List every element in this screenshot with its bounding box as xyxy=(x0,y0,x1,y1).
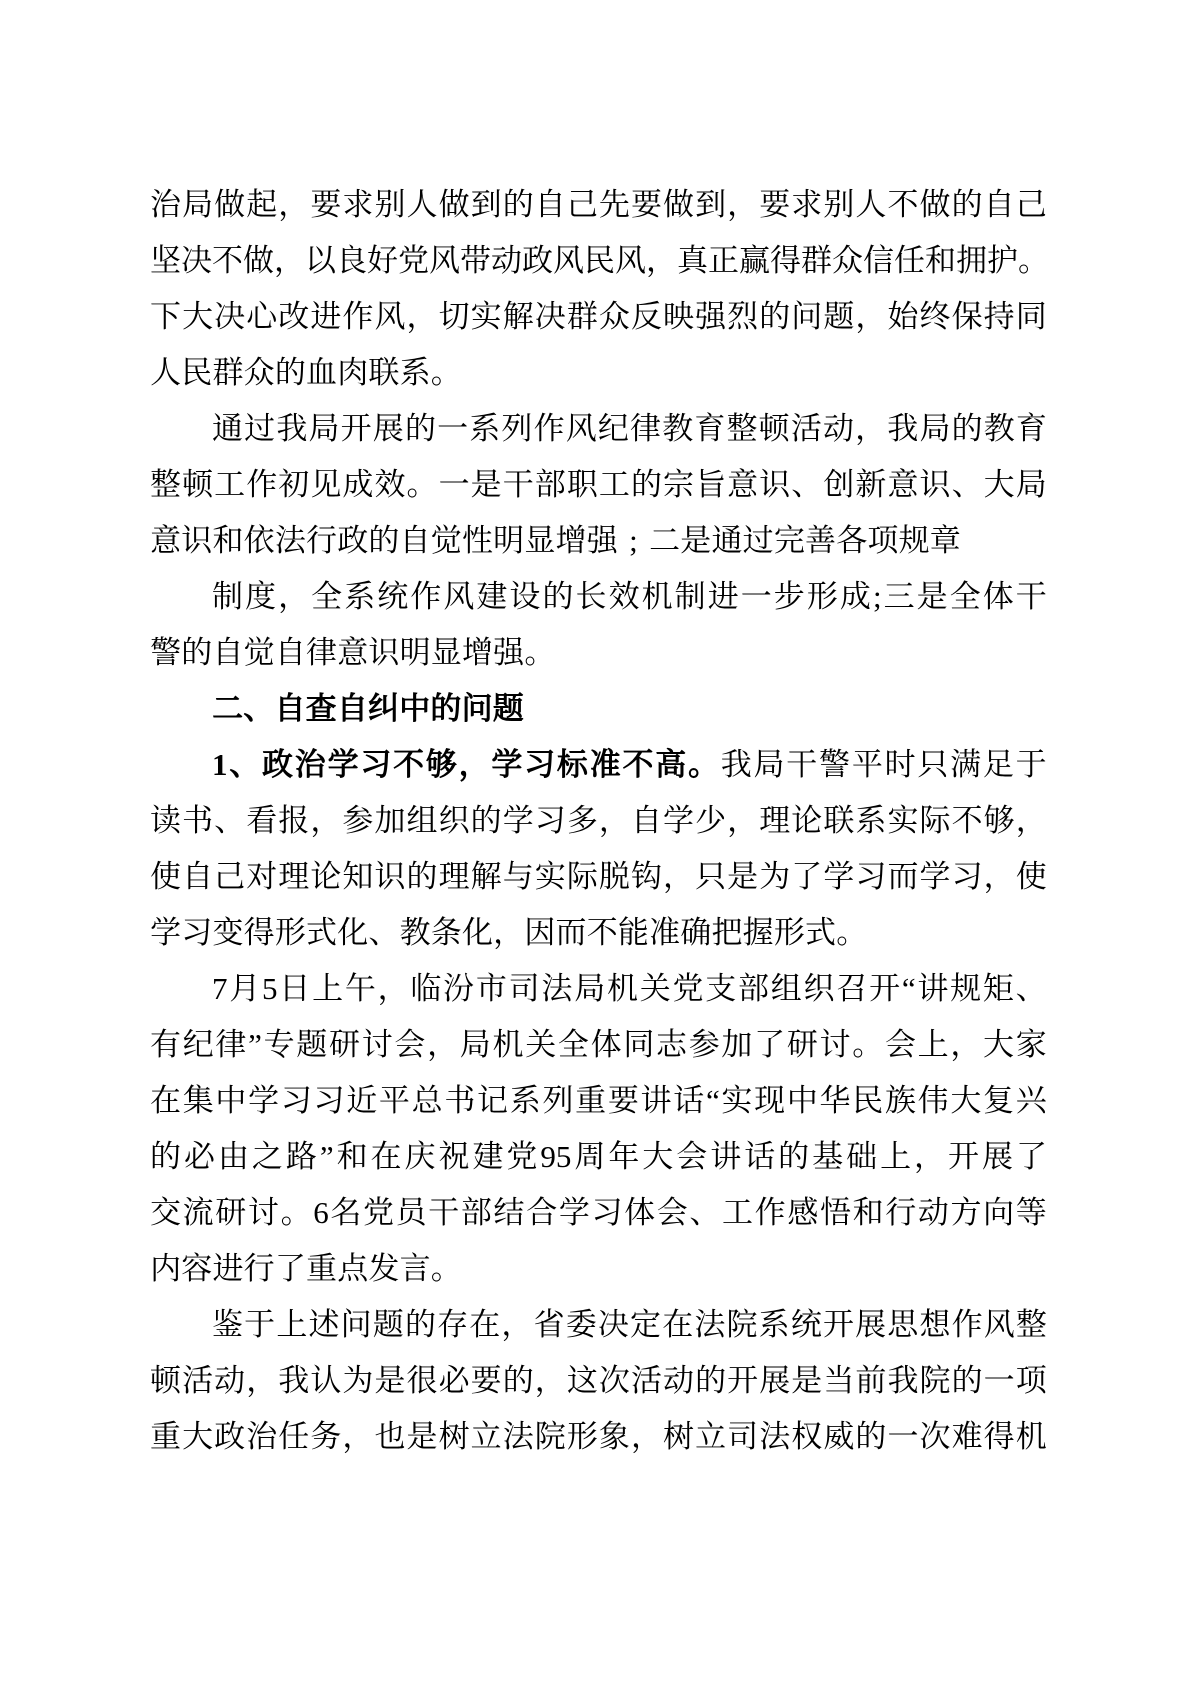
text-char: 。 xyxy=(431,345,462,401)
text-char: 法 xyxy=(503,1409,534,1465)
text-char: 列 xyxy=(542,1073,573,1129)
text-char: 的 xyxy=(150,1129,181,1185)
text-char: 中 xyxy=(787,1073,818,1129)
text-char: 的 xyxy=(952,401,983,457)
text-char: 进 xyxy=(212,1241,243,1297)
text-char: 、 xyxy=(689,1185,720,1241)
text-char: 我 xyxy=(887,1353,918,1409)
text-char: 坚 xyxy=(150,233,181,289)
text-char: 风 xyxy=(984,1297,1015,1353)
text-char: 司 xyxy=(727,1409,758,1465)
text-char: 二 xyxy=(649,513,680,569)
text-char: 查 xyxy=(306,681,337,737)
text-char: 讲 xyxy=(710,1129,741,1185)
text-char: ， xyxy=(493,905,524,961)
text-char: 决 xyxy=(181,233,212,289)
text-char: 成 xyxy=(840,569,871,625)
text-char: 顿 xyxy=(759,401,790,457)
text-char: ， xyxy=(501,1297,532,1353)
text-char: 形 xyxy=(275,905,306,961)
text-char: 立 xyxy=(695,1409,726,1465)
text-char: 意 xyxy=(150,513,181,569)
text-char: 通 xyxy=(711,513,742,569)
text-char: 顿 xyxy=(182,457,213,513)
text-char: 学 xyxy=(503,793,534,849)
text-char: 持 xyxy=(984,289,1015,345)
text-char: 群 xyxy=(801,233,832,289)
text-char: 问 xyxy=(791,289,822,345)
text-char: 够 xyxy=(984,793,1015,849)
text-char: 开 xyxy=(948,1129,979,1185)
text-char: 上 xyxy=(276,1297,307,1353)
text-char: 良 xyxy=(336,233,367,289)
text-char: 、 xyxy=(214,793,245,849)
text-char: ， xyxy=(310,793,341,849)
text-char: 建 xyxy=(476,569,507,625)
text-char: 过 xyxy=(743,513,774,569)
text-char: 的 xyxy=(952,177,983,233)
text-char: 为 xyxy=(342,1353,373,1409)
text-char: 是 xyxy=(727,849,758,905)
text-char: 联 xyxy=(368,345,399,401)
text-char: 讲 xyxy=(917,961,948,1017)
text-char: 护 xyxy=(987,233,1018,289)
text-char: 司 xyxy=(509,961,540,1017)
text-char: 任 xyxy=(278,1409,309,1465)
text-char: 族 xyxy=(885,1073,916,1129)
text-char: 参 xyxy=(689,1017,720,1073)
text-char: 研 xyxy=(215,1185,246,1241)
text-char: 风 xyxy=(553,233,584,289)
text-char: 题 xyxy=(296,1017,327,1073)
text-char: 正 xyxy=(708,233,739,289)
text-char: 实 xyxy=(535,849,566,905)
text-char: 系 xyxy=(510,1073,541,1129)
text-char: 市 xyxy=(476,961,507,1017)
text-char: ; xyxy=(873,569,882,625)
text-char: 识 xyxy=(368,625,399,681)
text-char: 法 xyxy=(759,1409,790,1465)
text-char: ， xyxy=(631,1409,662,1465)
text-char: 汾 xyxy=(443,961,474,1017)
text-char: 华 xyxy=(820,1073,851,1129)
text-char: 法 xyxy=(275,513,306,569)
text-char: 象 xyxy=(599,1409,630,1465)
text-char: 赢 xyxy=(739,233,770,289)
text-char: 得 xyxy=(244,905,275,961)
text-char: 立 xyxy=(471,1409,502,1465)
text-char: 增 xyxy=(555,513,586,569)
text-char: 联 xyxy=(823,793,854,849)
text-char: 院 xyxy=(727,1297,758,1353)
text-char: 新 xyxy=(855,457,886,513)
text-char: 学 xyxy=(823,849,854,905)
text-char: 决 xyxy=(214,289,245,345)
document-line: 鉴于上述问题的存在，省委决定在法院系统开展思想作风整 xyxy=(212,1297,1047,1353)
text-char: 步 xyxy=(774,569,805,625)
text-char: 。 xyxy=(407,457,438,513)
text-char: 、 xyxy=(791,457,822,513)
text-char: 书 xyxy=(182,793,213,849)
text-char: 式 xyxy=(805,905,836,961)
document-line: 整顿工作初见成效。一是干部职工的宗旨意识、创新意识、大局 xyxy=(150,457,1047,513)
text-char: 只 xyxy=(695,849,726,905)
text-char: 自 xyxy=(274,681,305,737)
text-char: 和 xyxy=(212,513,243,569)
text-char: 得 xyxy=(984,1409,1015,1465)
text-char: 话 xyxy=(744,1129,775,1185)
text-char: 习 xyxy=(314,1073,345,1129)
text-char: 合 xyxy=(526,1185,557,1241)
text-char: ” xyxy=(248,1017,262,1073)
text-char: 的 xyxy=(759,289,790,345)
text-char: 的 xyxy=(503,177,534,233)
text-char: 与 xyxy=(503,849,534,905)
text-char: 血 xyxy=(306,345,337,401)
text-char: 二 xyxy=(212,681,243,737)
text-char: 为 xyxy=(759,849,790,905)
text-char: 础 xyxy=(846,1129,877,1185)
text-char: 以 xyxy=(305,233,336,289)
text-char: 全 xyxy=(311,569,342,625)
text-char: 治 xyxy=(295,737,326,793)
text-char: 矩 xyxy=(983,961,1014,1017)
text-char: 由 xyxy=(218,1129,249,1185)
text-char: 习 xyxy=(535,793,566,849)
text-char: 平 xyxy=(379,1073,410,1129)
text-char: ， xyxy=(378,961,409,1017)
text-char: 讲 xyxy=(641,1073,672,1129)
text-char: 于 xyxy=(244,1297,275,1353)
document-line: 交流研讨。6名党员干部结合学习体会、工作感悟和行动方向等 xyxy=(150,1185,1047,1241)
text-char: 整 xyxy=(1016,1297,1047,1353)
text-char: 识 xyxy=(181,513,212,569)
text-char: 不 xyxy=(587,905,618,961)
text-char: 行 xyxy=(306,513,337,569)
text-char: 集 xyxy=(183,1073,214,1129)
text-char: “ xyxy=(902,961,916,1017)
text-char: 也 xyxy=(374,1409,405,1465)
text-char: ， xyxy=(855,401,886,457)
text-char: 求 xyxy=(342,177,373,233)
text-char: 际 xyxy=(567,849,598,905)
text-char: 章 xyxy=(930,513,961,569)
text-char: 的 xyxy=(631,457,662,513)
text-char: 满 xyxy=(950,737,981,793)
text-char: 动 xyxy=(918,1185,949,1241)
text-char: 是 xyxy=(407,1409,438,1465)
text-char: 风 xyxy=(615,233,646,289)
text-char: 权 xyxy=(791,1409,822,1465)
text-char: 同 xyxy=(623,1017,654,1073)
document-line: 在集中学习习近平总书记系列重要讲话“实现中华民族伟大复兴 xyxy=(150,1073,1047,1129)
text-char: 系 xyxy=(469,401,500,457)
text-char: 之 xyxy=(252,1129,283,1185)
text-char: 关 xyxy=(640,961,671,1017)
text-char: 威 xyxy=(823,1409,854,1465)
text-char: 全 xyxy=(558,1017,589,1073)
text-char: ， xyxy=(342,1409,373,1465)
text-char: 支 xyxy=(705,961,736,1017)
text-char: 求 xyxy=(791,177,822,233)
text-char: 重 xyxy=(150,1409,181,1465)
text-char: 项 xyxy=(867,513,898,569)
text-char: 见 xyxy=(310,457,341,513)
text-char: 习 xyxy=(360,737,391,793)
document-line: 通过我局开展的一系列作风纪律教育整顿活动，我局的教育 xyxy=(212,401,1047,457)
text-char: 只 xyxy=(917,737,948,793)
text-char: 信 xyxy=(863,233,894,289)
text-char: ， xyxy=(950,1017,981,1073)
text-char: 动 xyxy=(214,1353,245,1409)
text-char: 组 xyxy=(407,793,438,849)
text-char: 足 xyxy=(983,737,1014,793)
text-char: 了 xyxy=(754,1017,785,1073)
text-char: 员 xyxy=(396,1185,427,1241)
text-char: ， xyxy=(535,1353,566,1409)
text-char: 把 xyxy=(711,905,742,961)
text-char: 握 xyxy=(743,905,774,961)
text-char: 行 xyxy=(244,1241,275,1297)
text-char: 众 xyxy=(244,345,275,401)
text-char: 。 xyxy=(524,625,555,681)
text-char: 题 xyxy=(373,1297,404,1353)
text-char: 7 xyxy=(212,961,228,1017)
text-char: 高 xyxy=(655,737,686,793)
text-char: 形 xyxy=(774,905,805,961)
text-char: 民 xyxy=(181,345,212,401)
text-char: 。 xyxy=(281,1185,312,1241)
text-char: 了 xyxy=(791,849,822,905)
text-char: 院 xyxy=(535,1409,566,1465)
text-char: 总 xyxy=(412,1073,443,1129)
text-char: 要 xyxy=(608,1073,639,1129)
text-char: 的 xyxy=(695,1353,726,1409)
text-char: 的 xyxy=(542,569,573,625)
text-char: 委 xyxy=(566,1297,597,1353)
text-char: 纪 xyxy=(598,401,629,457)
text-char: 而 xyxy=(555,905,586,961)
text-char: 的 xyxy=(952,1353,983,1409)
text-char: 实 xyxy=(887,793,918,849)
text-char: 烈 xyxy=(727,289,758,345)
text-char: 解 xyxy=(503,289,534,345)
text-char: 部 xyxy=(738,961,769,1017)
text-char: 意 xyxy=(887,457,918,513)
text-char: 成 xyxy=(342,457,373,513)
text-char: ， xyxy=(278,569,309,625)
text-char: 召 xyxy=(836,961,867,1017)
text-char: 显 xyxy=(431,625,462,681)
text-char: 别 xyxy=(823,177,854,233)
text-char: 能 xyxy=(618,905,649,961)
text-char: 设 xyxy=(509,569,540,625)
text-char: 制 xyxy=(675,569,706,625)
text-char: 习 xyxy=(855,849,886,905)
text-char: ” xyxy=(320,1129,334,1185)
text-char: 题 xyxy=(493,681,524,737)
text-char: 中 xyxy=(399,681,430,737)
text-char: 家 xyxy=(1016,1017,1047,1073)
text-char: 得 xyxy=(770,233,801,289)
text-char: 不 xyxy=(622,737,653,793)
text-char: 系 xyxy=(855,793,886,849)
text-char: 理 xyxy=(278,849,309,905)
text-char: 认 xyxy=(310,1353,341,1409)
text-char: 上 xyxy=(880,1129,911,1185)
document-line: 内容进行了重点发言。 xyxy=(150,1241,1047,1297)
document-line: 意识和依法行政的自觉性明显增强;二是通过完善各项规章 xyxy=(150,513,1047,569)
text-char: 不 xyxy=(887,177,918,233)
text-char: 的 xyxy=(855,1409,886,1465)
text-char: 加 xyxy=(721,1017,752,1073)
text-char: 定 xyxy=(630,1297,661,1353)
text-char: 我 xyxy=(887,401,918,457)
text-char: 研 xyxy=(329,1017,360,1073)
text-char: 做 xyxy=(663,177,694,233)
text-char: 明 xyxy=(493,513,524,569)
text-char: 干 xyxy=(503,457,534,513)
text-char: 化 xyxy=(462,905,493,961)
text-char: 讨 xyxy=(820,1017,851,1073)
text-char: 统 xyxy=(377,569,408,625)
text-char: 论 xyxy=(791,793,822,849)
text-char: 的 xyxy=(368,513,399,569)
text-char: 系 xyxy=(400,345,431,401)
text-char: 日 xyxy=(279,961,310,1017)
text-char: 人 xyxy=(407,177,438,233)
text-char: 长 xyxy=(576,569,607,625)
text-char: 觉 xyxy=(431,513,462,569)
text-char: 拥 xyxy=(956,233,987,289)
text-char: 向 xyxy=(983,1185,1014,1241)
text-char: 学 xyxy=(328,737,359,793)
text-char: 。 xyxy=(431,1241,462,1297)
text-char: 理 xyxy=(759,793,790,849)
text-char: 开 xyxy=(823,1297,854,1353)
text-char: “ xyxy=(706,1073,720,1129)
text-char: 了 xyxy=(1016,1129,1047,1185)
text-char: 现 xyxy=(754,1073,785,1129)
text-char: 真 xyxy=(677,233,708,289)
text-char: 教 xyxy=(662,401,693,457)
text-char: 前 xyxy=(855,1353,886,1409)
text-char: 少 xyxy=(695,793,726,849)
text-char: 论 xyxy=(310,849,341,905)
text-char: 名 xyxy=(330,1185,361,1241)
text-char: 识 xyxy=(759,457,790,513)
text-char: 习 xyxy=(281,1073,312,1129)
text-char: 始 xyxy=(887,289,918,345)
text-char: 方 xyxy=(951,1185,982,1241)
text-char: 而 xyxy=(887,849,918,905)
text-char: 旨 xyxy=(695,457,726,513)
text-char: 一 xyxy=(984,1353,1015,1409)
text-char: 学 xyxy=(150,905,181,961)
text-char: 民 xyxy=(852,1073,883,1129)
text-char: 自 xyxy=(275,625,306,681)
text-char: 祝 xyxy=(438,1129,469,1185)
text-char: 项 xyxy=(1016,1353,1047,1409)
text-char: 通 xyxy=(212,401,243,457)
text-char: 人 xyxy=(150,345,181,401)
text-char: 强 xyxy=(587,513,618,569)
text-char: 平 xyxy=(852,737,883,793)
text-char: 自 xyxy=(212,625,243,681)
text-char: ， xyxy=(663,849,694,905)
text-char: 民 xyxy=(584,233,615,289)
text-char: ， xyxy=(427,1017,458,1073)
text-char: 点 xyxy=(337,1241,368,1297)
text-char: 学 xyxy=(663,793,694,849)
text-char: 一 xyxy=(887,1409,918,1465)
text-char: 党 xyxy=(506,1129,537,1185)
text-char: 作 xyxy=(534,401,565,457)
text-char: 警 xyxy=(150,625,181,681)
text-char: 习 xyxy=(952,849,983,905)
text-char: 确 xyxy=(680,905,711,961)
text-char: 依 xyxy=(244,513,275,569)
text-char: 带 xyxy=(460,233,491,289)
text-char: 整 xyxy=(150,457,181,513)
text-char: 流 xyxy=(183,1185,214,1241)
text-char: 任 xyxy=(894,233,925,289)
text-char: 95 xyxy=(540,1129,571,1185)
text-char: 活 xyxy=(631,1353,662,1409)
text-char: 多 xyxy=(567,793,598,849)
text-char: 的 xyxy=(405,1297,436,1353)
text-char: ， xyxy=(855,289,886,345)
text-char: 的 xyxy=(503,1353,534,1409)
text-char: 教 xyxy=(400,905,431,961)
text-char: 组 xyxy=(771,961,802,1017)
text-char: 不 xyxy=(212,233,243,289)
text-char: 化 xyxy=(337,905,368,961)
text-char: 决 xyxy=(535,289,566,345)
text-char: 基 xyxy=(812,1129,843,1185)
text-char: 动 xyxy=(491,233,522,289)
text-char: 是 xyxy=(917,569,948,625)
text-char: 是 xyxy=(374,1353,405,1409)
text-char: 习 xyxy=(524,737,555,793)
text-char: 各 xyxy=(836,513,867,569)
text-char: 明 xyxy=(400,625,431,681)
text-char: 大 xyxy=(642,1129,673,1185)
text-char: 和 xyxy=(853,1185,884,1241)
text-char: 大 xyxy=(182,1409,213,1465)
text-char: 心 xyxy=(246,289,277,345)
text-char: 体 xyxy=(624,1185,655,1241)
document-line: 顿活动，我认为是很必要的，这次活动的开展是当前我院的一项 xyxy=(150,1353,1047,1409)
text-char: 形 xyxy=(567,1409,598,1465)
text-char: 使 xyxy=(1016,849,1047,905)
text-char: ， xyxy=(246,1353,277,1409)
text-char: 统 xyxy=(791,1297,822,1353)
document-line: 学习变得形式化、教条化，因而不能准确把握形式。 xyxy=(150,905,1047,961)
text-char: 进 xyxy=(708,569,739,625)
text-char: 法 xyxy=(541,961,572,1017)
text-char: 切 xyxy=(439,289,470,345)
text-char: 一 xyxy=(741,569,772,625)
text-char: 初 xyxy=(278,457,309,513)
text-char: 要 xyxy=(310,177,341,233)
text-char: 交 xyxy=(150,1185,181,1241)
text-char: 标 xyxy=(557,737,588,793)
document-line: 有纪律”专题研讨会，局机关全体同志参加了研讨。会上，大家 xyxy=(150,1017,1047,1073)
text-char: 伟 xyxy=(918,1073,949,1129)
text-char: 纠 xyxy=(368,681,399,737)
text-char: ， xyxy=(274,233,305,289)
